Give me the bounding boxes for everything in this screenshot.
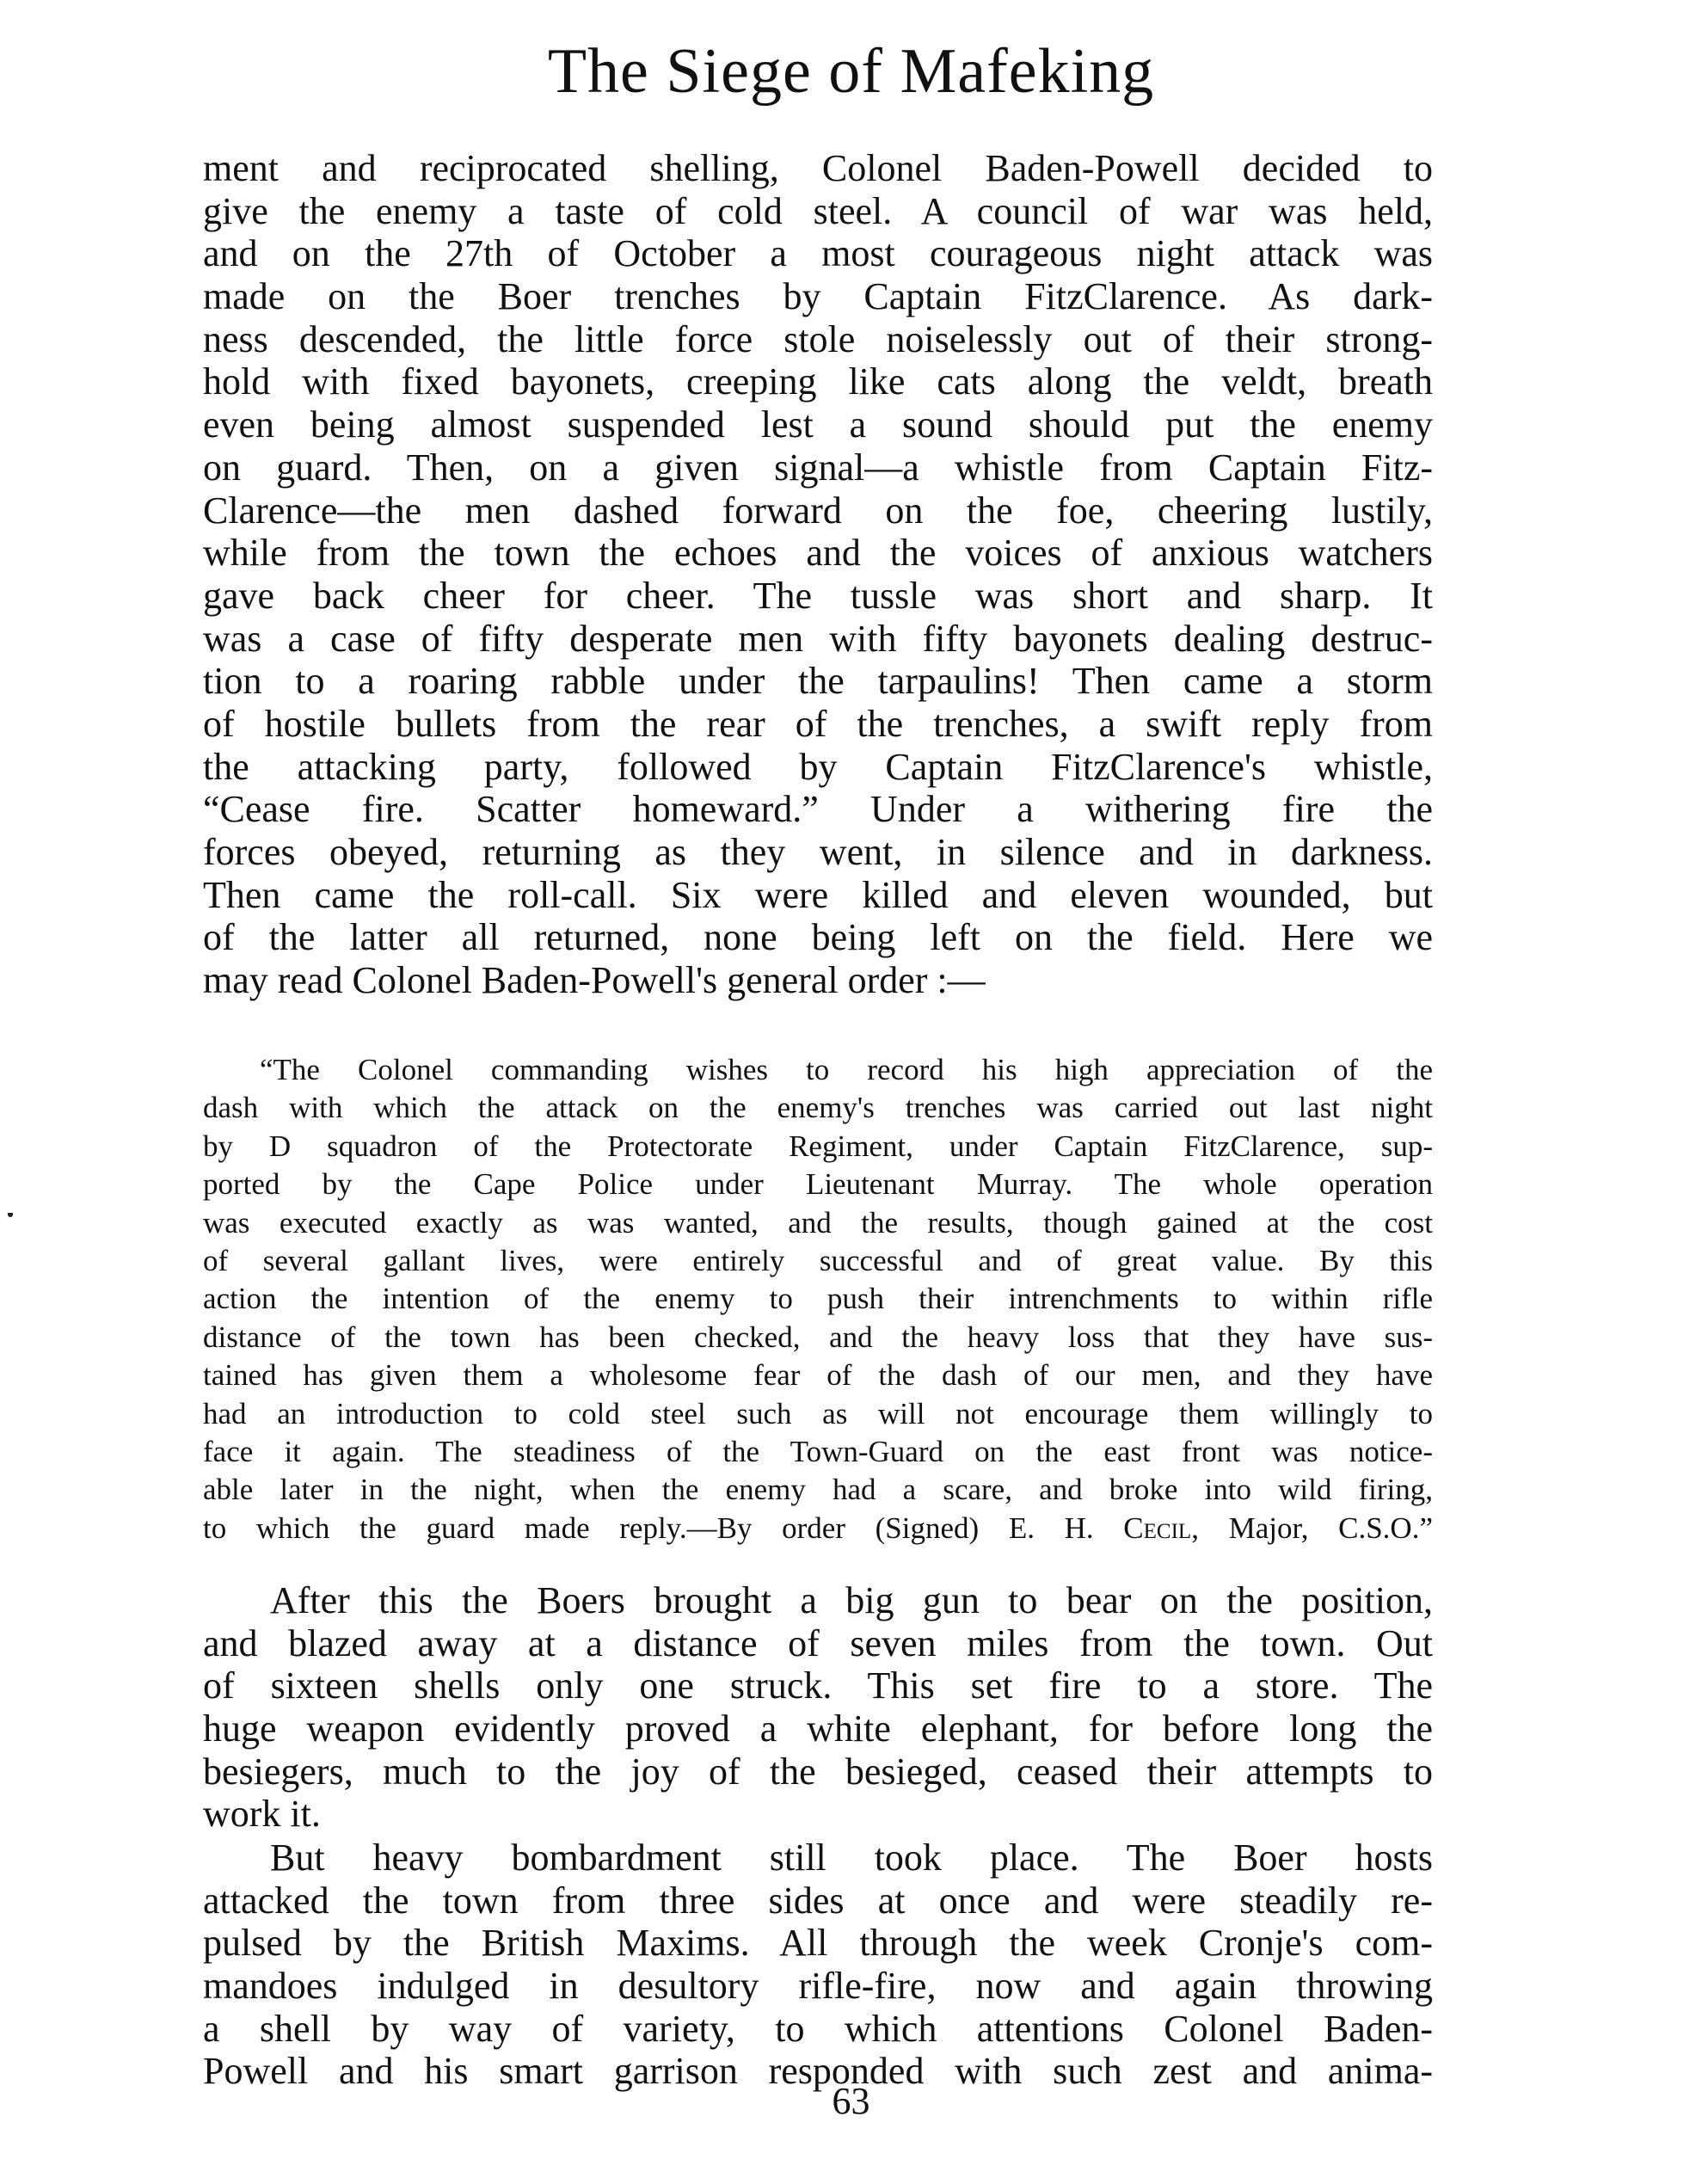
text-line: forces obeyed, returning as they went, i… — [203, 831, 1433, 874]
running-title: The Siege of Mafeking — [0, 33, 1702, 110]
text-line: made on the Boer trenches by Captain Fit… — [203, 275, 1433, 318]
quote-line: “The Colonel commanding wishes to record… — [203, 1051, 1433, 1089]
text-line: mandoes indulged in desultory rifle-fire… — [203, 1965, 1433, 2008]
text-line: gave back cheer for cheer. The tussle wa… — [203, 575, 1433, 618]
text-line: the attacking party, followed by Captain… — [203, 746, 1433, 789]
signatory-name: Cecil — [1123, 1511, 1191, 1545]
quote-text: to which the guard made reply.—By order … — [203, 1511, 1123, 1545]
text-line: was a case of fifty desperate men with f… — [203, 618, 1433, 661]
text-line: pulsed by the British Maxims. All throug… — [203, 1922, 1433, 1965]
text-line: besiegers, much to the joy of the besieg… — [203, 1750, 1433, 1793]
text-line: Clarence—the men dashed forward on the f… — [203, 489, 1433, 532]
text-line: a shell by way of variety, to which atte… — [203, 2008, 1433, 2051]
text-line: “Cease fire. Scatter homeward.” Under a … — [203, 788, 1433, 831]
quote-line: ported by the Cape Police under Lieutena… — [203, 1166, 1433, 1203]
text-line: hold with fixed bayonets, creeping like … — [203, 360, 1433, 403]
paragraph-bombardment: But heavy bombardment still took place. … — [203, 1836, 1433, 2093]
quote-signature-line: to which the guard made reply.—By order … — [203, 1510, 1433, 1547]
quote-line: tained has given them a wholesome fear o… — [203, 1357, 1433, 1394]
text-line: tion to a roaring rabble under the tarpa… — [203, 660, 1433, 703]
quote-text: , Major, C.S.O.” — [1191, 1511, 1433, 1545]
quote-line: able later in the night, when the enemy … — [203, 1471, 1433, 1509]
text-line: attacked the town from three sides at on… — [203, 1879, 1433, 1923]
quote-line: dash with which the attack on the enemy'… — [203, 1089, 1433, 1127]
text-line: work it. — [203, 1793, 1433, 1836]
quote-line: by D squadron of the Protectorate Regime… — [203, 1128, 1433, 1166]
quote-line: distance of the town has been checked, a… — [203, 1319, 1433, 1357]
text-line: on guard. Then, on a given signal—a whis… — [203, 446, 1433, 489]
quote-line: of several gallant lives, were entirely … — [203, 1242, 1433, 1280]
text-line: while from the town the echoes and the v… — [203, 532, 1433, 575]
text-line: huge weapon evidently proved a white ele… — [203, 1707, 1433, 1750]
paragraph-big-gun: After this the Boers brought a big gun t… — [203, 1579, 1433, 1836]
text-line: may read Colonel Baden-Powell's general … — [203, 959, 1433, 1002]
text-line: Then came the roll-call. Six were killed… — [203, 874, 1433, 917]
text-line: ness descended, the little force stole n… — [203, 318, 1433, 361]
text-line: and on the 27th of October a most courag… — [203, 232, 1433, 275]
text-line: and blazed away at a distance of seven m… — [203, 1622, 1433, 1665]
text-line: give the enemy a taste of cold steel. A … — [203, 190, 1433, 233]
text-line: After this the Boers brought a big gun t… — [203, 1579, 1433, 1622]
text-line: of the latter all returned, none being l… — [203, 916, 1433, 959]
text-line: even being almost suspended lest a sound… — [203, 403, 1433, 446]
quote-line: action the intention of the enemy to pus… — [203, 1280, 1433, 1318]
text-line: of hostile bullets from the rear of the … — [203, 703, 1433, 746]
quote-line: had an introduction to cold steel such a… — [203, 1395, 1433, 1433]
quote-line: was executed exactly as was wanted, and … — [203, 1204, 1433, 1242]
text-line: But heavy bombardment still took place. … — [203, 1836, 1433, 1879]
general-order-quote: “The Colonel commanding wishes to record… — [203, 1051, 1433, 1547]
text-line: of sixteen shells only one struck. This … — [203, 1664, 1433, 1707]
paragraph-night-attack: ment and reciprocated shelling, Colonel … — [203, 147, 1433, 1002]
scan-speck — [8, 1213, 13, 1217]
text-line: ment and reciprocated shelling, Colonel … — [203, 147, 1433, 190]
page-number: 63 — [0, 2080, 1702, 2123]
quote-line: face it again. The steadiness of the Tow… — [203, 1433, 1433, 1471]
